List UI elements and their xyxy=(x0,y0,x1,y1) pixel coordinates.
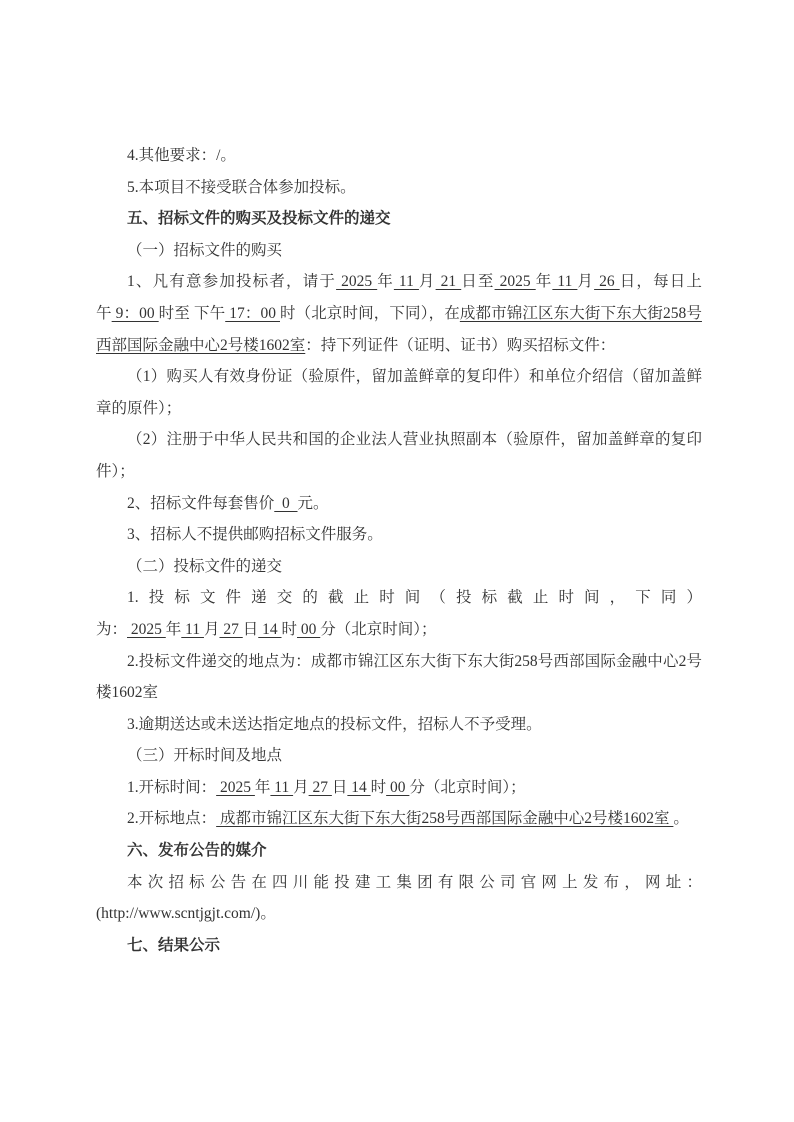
text-run: （一）招标文件的购买 xyxy=(127,242,282,259)
section-5-heading: 五、招标文件的购买及投标文件的递交 xyxy=(96,203,702,235)
subsection-1-heading: （一）招标文件的购买 xyxy=(96,235,702,267)
filled-blank: 2025 xyxy=(495,273,536,290)
para-announcement-media: 本次招标公告在四川能投建工集团有限公司官网上发布，网址：(http://www.… xyxy=(96,867,702,930)
filled-blank: 2025 xyxy=(216,779,255,796)
filled-blank: 11 xyxy=(394,273,419,290)
filled-blank: 2025 xyxy=(127,621,166,638)
text-run: 2、招标文件每套售价 xyxy=(127,495,274,512)
text-run: 六、发布公告的媒介 xyxy=(127,842,267,859)
filled-blank: 11 xyxy=(552,273,577,290)
text-run: 月 xyxy=(577,273,594,290)
text-run: ：持下列证件（证明、证书）购买招标文件： xyxy=(305,337,615,354)
item-5-no-consortium: 5.本项目不接受联合体参加投标。 xyxy=(96,172,702,204)
para-cert-1: （1）购买人有效身份证（验原件，留加盖鲜章的复印件）和单位介绍信（留加盖鲜章的原… xyxy=(96,361,702,424)
text-run: （1）购买人有效身份证（验原件，留加盖鲜章的复印件）和单位介绍信（留加盖鲜章的原… xyxy=(96,368,702,417)
text-run: 时 xyxy=(282,621,298,638)
para-document-price: 2、招标文件每套售价 0 元。 xyxy=(96,488,702,520)
text-run: 年 xyxy=(166,621,182,638)
section-6-heading: 六、发布公告的媒介 xyxy=(96,835,702,867)
text-run: 5.本项目不接受联合体参加投标。 xyxy=(127,179,356,196)
item-4-other-requirements: 4.其他要求：/。 xyxy=(96,140,702,172)
text-run: 五、招标文件的购买及投标文件的递交 xyxy=(127,210,391,227)
para-late-rejection: 3.逾期送达或未送达指定地点的投标文件，招标人不予受理。 xyxy=(96,709,702,741)
text-run: （二）投标文件的递交 xyxy=(127,558,282,575)
text-run: 年 xyxy=(255,779,271,796)
text-run: 时 xyxy=(371,779,387,796)
text-run: 日至 xyxy=(461,273,494,290)
text-run: 时（北京时间，下同），在 xyxy=(280,305,460,322)
filled-blank: 11 xyxy=(270,779,293,796)
filled-blank: 00 xyxy=(386,779,409,796)
text-run: （2）注册于中华人民共和国的企业法人营业执照副本（验原件，留加盖鲜章的复印件）； xyxy=(96,431,702,480)
text-run: 。 xyxy=(673,810,689,827)
filled-blank: 17：00 xyxy=(225,305,280,322)
text-run: 月 xyxy=(293,779,309,796)
text-run: 本次招标公告在四川能投建工集团有限公司官网上发布，网址： xyxy=(127,874,702,891)
text-run: 分（北京时间）； xyxy=(320,621,436,638)
text-run: 月 xyxy=(204,621,220,638)
text-run: 年 xyxy=(536,273,553,290)
text-run: 3.逾期送达或未送达指定地点的投标文件，招标人不予受理。 xyxy=(127,716,542,733)
text-run: 日 xyxy=(243,621,259,638)
section-7-heading: 七、结果公示 xyxy=(96,930,702,962)
text-run: 日 xyxy=(332,779,348,796)
text-run: 2.投标文件递交的地点为：成都市锦江区东大街下东大街258号西部国际金融中心2号… xyxy=(96,653,702,702)
text-run: 分（北京时间）； xyxy=(409,779,525,796)
para-cert-2: （2）注册于中华人民共和国的企业法人营业执照副本（验原件，留加盖鲜章的复印件）； xyxy=(96,424,702,487)
text-run: 。 xyxy=(260,905,276,922)
para-purchase-time-place: 1、凡有意参加投标者，请于 2025 年 11 月 21 日至 2025 年 1… xyxy=(96,266,702,361)
filled-blank: 2025 xyxy=(336,273,377,290)
filled-blank: 27 xyxy=(219,621,242,638)
filled-blank: 27 xyxy=(309,779,332,796)
document-page: 4.其他要求：/。5.本项目不接受联合体参加投标。五、招标文件的购买及投标文件的… xyxy=(0,0,794,1122)
filled-blank: 14 xyxy=(258,621,281,638)
text-run: 时至 下午 xyxy=(159,305,226,322)
filled-blank: 14 xyxy=(347,779,370,796)
text-run: 4.其他要求：/。 xyxy=(127,147,236,164)
filled-blank: 0 xyxy=(274,495,297,512)
para-submission-place: 2.投标文件递交的地点为：成都市锦江区东大街下东大街258号西部国际金融中心2号… xyxy=(96,646,702,709)
filled-blank: 11 xyxy=(181,621,204,638)
filled-blank: 00 xyxy=(297,621,320,638)
para-opening-time: 1.开标时间： 2025 年 11 月 27 日 14 时 00 分（北京时间）… xyxy=(96,772,702,804)
text-run: (http://www.scntjgjt.com/) xyxy=(96,905,260,922)
subsection-2-heading: （二）投标文件的递交 xyxy=(96,551,702,583)
para-submission-deadline: 1.投标文件递交的截止时间（投标截止时间，下同）为： 2025 年 11 月 2… xyxy=(96,582,702,645)
para-no-mail-order: 3、招标人不提供邮购招标文件服务。 xyxy=(96,519,702,551)
text-run: 元。 xyxy=(298,495,329,512)
para-opening-place: 2.开标地点： 成都市锦江区东大街下东大街258号西部国际金融中心2号楼1602… xyxy=(96,803,702,835)
text-run: 1、凡有意参加投标者，请于 xyxy=(127,273,336,290)
text-run: （三）开标时间及地点 xyxy=(127,747,282,764)
text-run: 年 xyxy=(377,273,394,290)
filled-blank: 9：00 xyxy=(112,305,159,322)
text-run: 1.开标时间： xyxy=(127,779,216,796)
document-body: 4.其他要求：/。5.本项目不接受联合体参加投标。五、招标文件的购买及投标文件的… xyxy=(96,140,702,961)
filled-blank: 21 xyxy=(436,273,462,290)
text-run: 3、招标人不提供邮购招标文件服务。 xyxy=(127,526,383,543)
text-run: 七、结果公示 xyxy=(127,937,220,954)
text-run: 2.开标地点： xyxy=(127,810,216,827)
subsection-3-heading: （三）开标时间及地点 xyxy=(96,740,702,772)
filled-blank: 成都市锦江区东大街下东大街258号西部国际金融中心2号楼1602室 xyxy=(216,810,673,827)
filled-blank: 26 xyxy=(594,273,620,290)
text-run: 月 xyxy=(419,273,436,290)
